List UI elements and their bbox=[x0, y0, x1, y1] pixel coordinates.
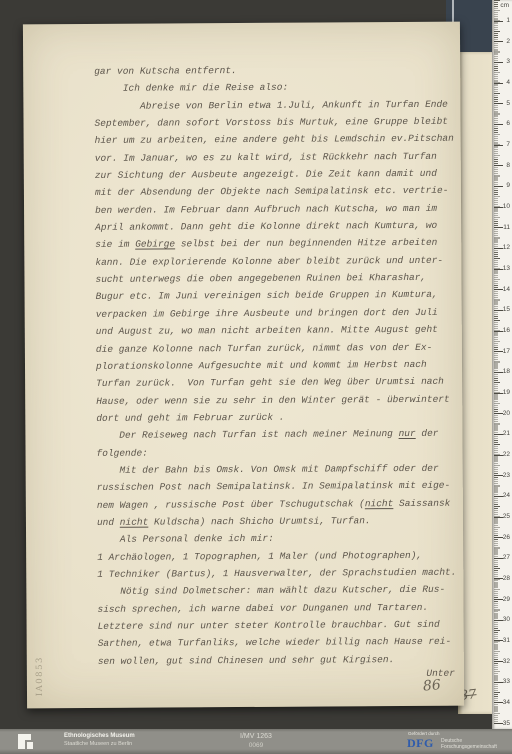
ruler-cm-number: 3 bbox=[498, 58, 510, 65]
text-line: sie im Gebirge selbst bei der nun beginn… bbox=[95, 234, 455, 254]
archive-footer-bar: Ethnologisches Museum Staatliche Museen … bbox=[0, 729, 512, 754]
ruler-cm-number: 25 bbox=[498, 513, 510, 520]
ruler-cm-number: 14 bbox=[498, 286, 510, 293]
text-line: russischen Post nach Semipalatinsk. In S… bbox=[97, 477, 457, 497]
ruler-cm-number: 31 bbox=[498, 637, 510, 644]
ruler-cm-number: 18 bbox=[498, 368, 510, 375]
text-line: gar von Kutscha entfernt. bbox=[94, 61, 454, 81]
ruler-cm-number: 26 bbox=[498, 534, 510, 541]
text-line: 1 Archäologen, 1 Topographen, 1 Maler (u… bbox=[97, 546, 457, 566]
ruler-cm-number: 12 bbox=[498, 244, 510, 251]
text-line: plorationskolonne Aufgesuchte mit und ko… bbox=[96, 356, 456, 376]
text-line: Turfan zurück. Von Turfan geht sie den W… bbox=[96, 373, 456, 393]
ruler-cm-number: 29 bbox=[498, 596, 510, 603]
ruler-cm-number: 9 bbox=[498, 182, 510, 189]
ruler-cm-number: 13 bbox=[498, 265, 510, 272]
ruler-cm-number: 17 bbox=[498, 348, 510, 355]
ruler-cm-number: 20 bbox=[498, 410, 510, 417]
text-line: Letztere sind nur unter steter Kontrolle… bbox=[98, 616, 458, 636]
ruler-cm-number: 33 bbox=[498, 678, 510, 685]
typewritten-text: gar von Kutscha entfernt. Ich denke mir … bbox=[94, 61, 458, 670]
text-line: 1 Techniker (Bartus), 1 Hausverwalter, d… bbox=[97, 564, 457, 584]
text-line: Als Personal denke ich mir: bbox=[97, 529, 457, 549]
text-line: Hause, oder wenn sie zu sehr in den Wint… bbox=[96, 390, 456, 410]
ruler: cm 1234567891011121314151617181920212223… bbox=[492, 0, 512, 729]
text-line: und nicht Kuldscha) nach Shicho Urumtsi,… bbox=[97, 512, 457, 532]
text-line: Sarthen, etwa Turfanliks, welche wieder … bbox=[98, 633, 458, 653]
text-line: Mit der Bahn bis Omsk. Von Omsk mit Damp… bbox=[97, 460, 457, 480]
text-line: Nötig sind Dolmetscher: man wählt dazu K… bbox=[97, 581, 457, 601]
museum-name: Ethnologisches Museum bbox=[64, 733, 135, 739]
text-line: dort und geht im Februar zurück . bbox=[96, 408, 456, 428]
ruler-cm-number: 11 bbox=[498, 224, 510, 231]
archive-item-id: I/MV 1263 bbox=[176, 733, 336, 740]
ruler-cm-number: 6 bbox=[498, 120, 510, 127]
ruler-cm-number: 30 bbox=[498, 616, 510, 623]
ruler-cm-number: 10 bbox=[498, 203, 510, 210]
museum-subtitle: Staatliche Museen zu Berlin bbox=[64, 741, 132, 747]
ruler-cm-number: 5 bbox=[498, 100, 510, 107]
text-line: ben werden. Im Februar dann Aufbruch nac… bbox=[95, 199, 455, 219]
ruler-cm-number: 27 bbox=[498, 554, 510, 561]
text-line: hier um zu arbeiten, eine andere geht bi… bbox=[95, 130, 455, 150]
archive-scan-viewer: 87 gar von Kutscha entfernt. Ich denke m… bbox=[0, 0, 512, 754]
smb-museum-logo-icon bbox=[17, 733, 39, 750]
text-line: sisch sprechen, ich warne dabei vor Dung… bbox=[97, 598, 457, 618]
text-line: sen wollen, gut sind Chinesen und sehr g… bbox=[98, 650, 458, 670]
ruler-cm-number: 23 bbox=[498, 472, 510, 479]
text-line: Ich denke mir die Reise also: bbox=[94, 78, 454, 98]
text-line: kann. Die explorierende Kolonne aber ble… bbox=[95, 251, 455, 271]
text-line: zur Sichtung der Ausbeute angezeigt. Die… bbox=[95, 165, 455, 185]
text-line: verpacken im Gebirge ihre Ausbeute und b… bbox=[96, 304, 456, 324]
pencil-margin-note: IA0853 bbox=[35, 656, 45, 696]
ruler-unit-label: cm bbox=[500, 2, 509, 9]
text-line: mit der Absendung der Objekte nach Semip… bbox=[95, 182, 455, 202]
ruler-cm-number: 35 bbox=[498, 720, 510, 727]
ruler-cm-number: 7 bbox=[498, 141, 510, 148]
ruler-cm-number: 1 bbox=[498, 17, 510, 24]
text-line: April ankommt. Dann geht die Kolonne dir… bbox=[95, 217, 455, 237]
text-line: September, dann sofort Vorstoss bis Murt… bbox=[94, 113, 454, 133]
text-line: sucht unterwegs die oben angegebenen Rui… bbox=[95, 269, 455, 289]
text-line: Abreise von Berlin etwa 1.Juli, Ankunft … bbox=[94, 95, 454, 115]
closing-word: Unter bbox=[27, 668, 455, 682]
text-line: vor. Im Januar, wo es zu kalt wird, ist … bbox=[95, 147, 455, 167]
ruler-cm-number: 4 bbox=[498, 79, 510, 86]
ruler-cm-number: 32 bbox=[498, 658, 510, 665]
text-line: folgende: bbox=[96, 442, 456, 462]
ruler-cm-number: 21 bbox=[498, 430, 510, 437]
text-line: nem Wagen , russische Post über Tschugut… bbox=[97, 494, 457, 514]
text-line: Der Reiseweg nach Turfan ist nach meiner… bbox=[96, 425, 456, 445]
text-line: und August zu, wo man nicht arbeiten kan… bbox=[96, 321, 456, 341]
text-line: Bugur etc. Im Juni vereinigen sich beide… bbox=[96, 286, 456, 306]
dfg-logo: DFG bbox=[407, 736, 434, 751]
ruler-cm-number: 15 bbox=[498, 306, 510, 313]
ruler-cm-number: 2 bbox=[498, 38, 510, 45]
ruler-cm-number: 16 bbox=[498, 327, 510, 334]
text-line: die ganze Kolonne nach Turfan zurück, ni… bbox=[96, 338, 456, 358]
ruler-cm-number: 8 bbox=[498, 162, 510, 169]
letter-sheet: gar von Kutscha entfernt. Ich denke mir … bbox=[23, 22, 464, 709]
page-number: 86 bbox=[422, 677, 441, 695]
scan-image-number: 0069 bbox=[176, 742, 336, 749]
funder-name-line2: Forschungsgemeinschaft bbox=[441, 744, 497, 750]
ruler-cm-number: 34 bbox=[498, 699, 510, 706]
ruler-cm-number: 22 bbox=[498, 451, 510, 458]
ruler-cm-number: 19 bbox=[498, 389, 510, 396]
ruler-cm-number: 28 bbox=[498, 575, 510, 582]
ruler-cm-number: 24 bbox=[498, 492, 510, 499]
